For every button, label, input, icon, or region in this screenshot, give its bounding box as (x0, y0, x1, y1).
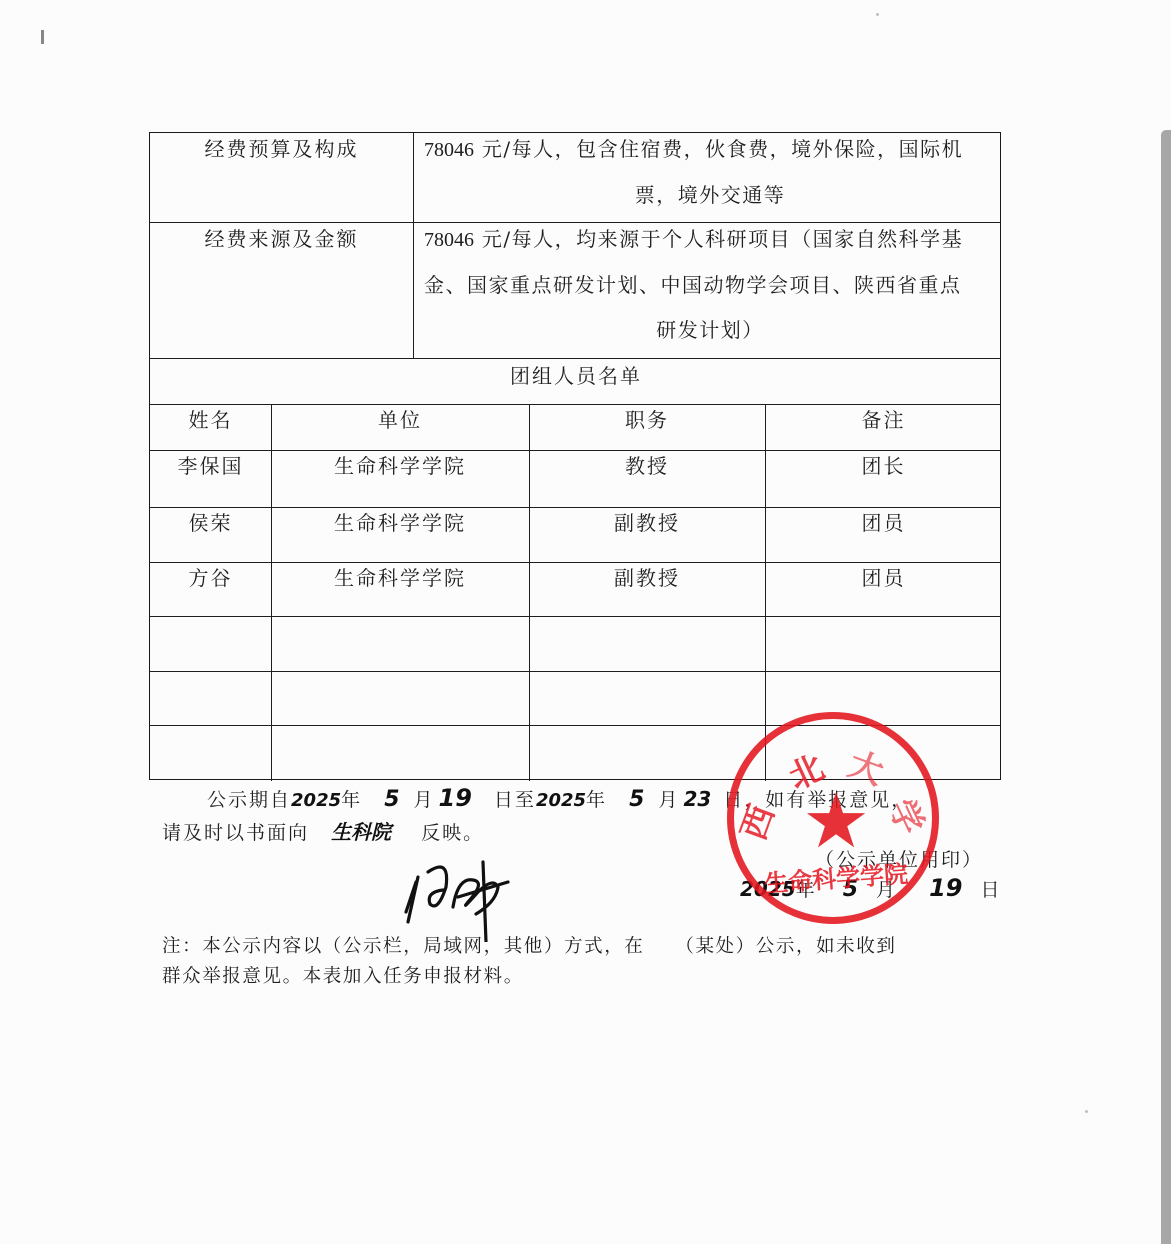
seal-caption: （公示单位用印） (815, 845, 983, 872)
funding-text-line2: 金、国家重点研发计划、中国动物学会项目、陕西省重点 (424, 263, 996, 308)
notice-prefix: 公示期自 (207, 789, 291, 811)
year-char: 年 (341, 789, 362, 811)
budget-text-line2: 票，境外交通等 (424, 173, 996, 218)
seal-year-char: 年 (796, 879, 817, 901)
seal-date: 2025年 5月 19日 (740, 874, 1002, 902)
roster-cell-position: 副教授 (529, 556, 765, 601)
column-header-name: 姓名 (150, 398, 271, 443)
roster-cell-unit: 生命科学学院 (271, 556, 529, 601)
column-header-position: 职务 (529, 398, 765, 443)
funding-amount: 78046 (424, 229, 474, 251)
day-to: 日至 (494, 789, 536, 811)
roster-cell-position: 副教授 (529, 501, 765, 546)
roster-cell-name: 李保国 (150, 444, 271, 489)
roster-cell-remark: 团长 (765, 444, 1002, 489)
roster-cell-remark: 团员 (765, 556, 1002, 601)
column-header-remark: 备注 (765, 398, 1002, 443)
seal-year: 2025 (740, 877, 796, 901)
scan-mark (41, 30, 44, 44)
seal-month: 5 (843, 877, 858, 902)
notice-line2: 请及时以书面向 生科院 反映。 (162, 816, 484, 845)
roster-cell-unit: 生命科学学院 (271, 444, 529, 489)
funding-label: 经费来源及金额 (150, 217, 413, 262)
funding-text-line3: 研发计划） (424, 308, 996, 353)
notice-line2-prefix: 请及时以书面向 (162, 822, 309, 844)
seal-day-char: 日 (981, 879, 1002, 901)
start-month: 5 (384, 787, 399, 812)
notice-suffix: 日，如有举报意见， (723, 789, 912, 811)
roster-title: 团组人员名单 (150, 354, 1002, 399)
budget-text-line1: 元/每人，包含住宿费，伙食费，境外保险，国际机 (474, 137, 963, 161)
roster-cell-position: 教授 (529, 444, 765, 489)
end-year: 2025 (536, 790, 586, 811)
end-day: 23 (683, 787, 711, 811)
funding-text-line1: 元/每人，均来源于个人科研项目（国家自然科学基 (474, 227, 963, 251)
roster-cell-name: 方谷 (150, 556, 271, 601)
start-day: 19 (439, 784, 472, 812)
budget-label: 经费预算及构成 (150, 127, 413, 172)
seal-month-char: 月 (876, 879, 897, 901)
column-header-unit: 单位 (271, 398, 529, 443)
scan-speck (1085, 1110, 1088, 1113)
seal-day: 19 (929, 874, 962, 902)
notice-line2-suffix: 反映。 (421, 822, 484, 844)
end-month: 5 (629, 787, 644, 812)
vertical-scrollbar[interactable] (1161, 130, 1171, 1244)
month-char: 月 (414, 789, 435, 811)
scan-speck (876, 13, 879, 16)
roster-cell-remark: 团员 (765, 501, 1002, 546)
note-line2: 群众举报意见。本表加入任务申报材料。 (162, 962, 524, 988)
handwritten-unit: 生科院 (331, 820, 391, 844)
year-char: 年 (586, 789, 607, 811)
start-year: 2025 (291, 790, 341, 811)
roster-cell-name: 侯荣 (150, 501, 271, 546)
note-line1: 注：本公示内容以（公示栏，局域网，其他）方式，在 （某处）公示，如未收到 (162, 932, 896, 958)
signature (398, 852, 518, 942)
notice-line1: 公示期自2025年 5月19日至2025年 5月23日，如有举报意见， (207, 784, 912, 812)
month-char: 月 (658, 789, 679, 811)
scanned-page: 经费预算及构成 78046 元/每人，包含住宿费，伙食费，境外保险，国际机 票，… (0, 0, 1171, 1244)
funding-value: 78046 元/每人，均来源于个人科研项目（国家自然科学基 金、国家重点研发计划… (424, 217, 996, 353)
roster-cell-unit: 生命科学学院 (271, 501, 529, 546)
budget-amount: 78046 (424, 139, 474, 161)
publicity-table: 经费预算及构成 78046 元/每人，包含住宿费，伙食费，境外保险，国际机 票，… (149, 132, 1001, 780)
budget-value: 78046 元/每人，包含住宿费，伙食费，境外保险，国际机 票，境外交通等 (424, 127, 996, 218)
